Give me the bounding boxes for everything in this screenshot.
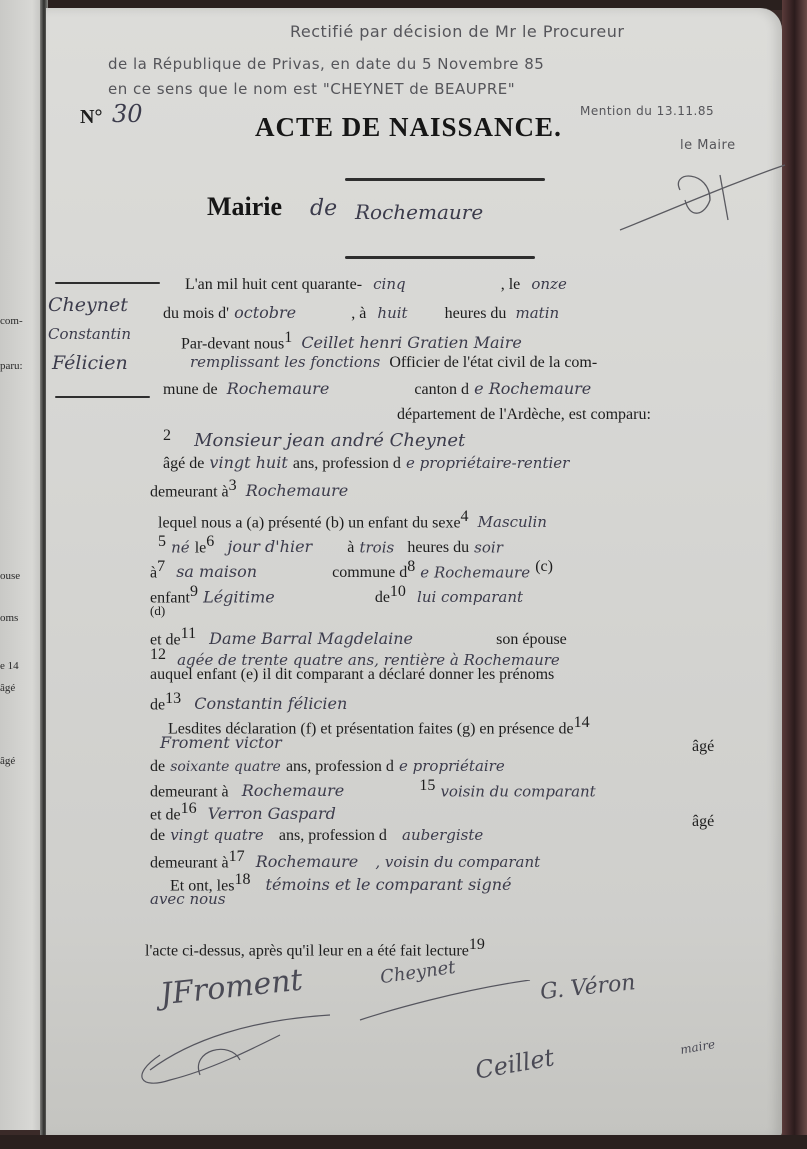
annotation-line-3: en ce sens que le nom est "CHEYNET de BE…	[108, 80, 515, 98]
margin-rule-top	[55, 282, 160, 284]
line-department: département de l'Ardèche, est comparu:	[397, 406, 651, 424]
line-witness-2-residence: demeurant à17 Rochemaure , voisin du com…	[150, 848, 540, 872]
line-legitimacy: enfant9 Légitime de10 lui comparant	[150, 583, 523, 607]
left-fragment: oms	[0, 612, 18, 624]
left-fragment: âgé	[0, 755, 15, 767]
annotation-line-4: Mention du 13.11.85	[580, 104, 714, 118]
mairie-prefix: de	[310, 196, 337, 221]
record-number-label: N°	[80, 106, 102, 129]
line-reading: l'acte ci-dessus, après qu'il leur en a …	[145, 936, 485, 960]
line-year: L'an mil huit cent quarante- cinq , le o…	[185, 274, 567, 294]
line-with-us: avec nous	[150, 890, 226, 908]
line-witness-1-residence: demeurant à Rochemaure 15 voisin du comp…	[150, 777, 596, 801]
mairie-rule	[345, 256, 535, 259]
line-witness-1-age: de soixante quatre ans, profession d e p…	[150, 756, 710, 776]
line-declarant: 2 Monsieur jean andré Cheynet	[163, 427, 465, 451]
line-functions: remplissant les fonctions Officier de l'…	[190, 352, 597, 372]
line-birth-time: 5 né le6 jour d'hier à trois heures du s…	[158, 533, 503, 557]
left-fragment: e 14	[0, 660, 19, 672]
mayor-initials-signature	[610, 160, 790, 240]
line-birth-place: à7 sa maison commune d8 e Rochemaure (c)	[150, 558, 553, 582]
margin-given-name-2: Félicien	[52, 352, 128, 374]
left-fragment: âgé	[0, 682, 15, 694]
mairie-place: Rochemaure	[355, 200, 483, 224]
line-child-sex: lequel nous a (a) présenté (b) un enfant…	[158, 508, 547, 532]
left-fragment: ouse	[0, 570, 20, 582]
line-declarant-age: âgé de vingt huit ans, profession d e pr…	[163, 453, 569, 473]
margin-surname: Cheynet	[48, 294, 128, 316]
book-bottom-edge	[0, 1135, 807, 1149]
line-month: du mois d' octobre , à huit heures du ma…	[163, 303, 559, 323]
line-commune: mune de Rochemaure canton d e Rochemaure	[163, 379, 591, 399]
record-number-value: 30	[112, 100, 143, 128]
note-d: (d)	[150, 603, 165, 619]
witness-1-name: Froment victor	[160, 733, 282, 752]
left-fragment: paru:	[0, 360, 23, 372]
annotation-line-2: de la République de Privas, en date du 5…	[108, 55, 544, 73]
annotation-line-5: le Maire	[680, 138, 736, 153]
line-witness-2: et de16 Verron Gaspard	[150, 800, 336, 824]
line-prenoms: auquel enfant (e) il dit comparant a déc…	[150, 666, 554, 684]
page-title: ACTE DE NAISSANCE.	[255, 112, 562, 143]
left-fragment: com-	[0, 315, 23, 327]
margin-rule-bottom	[55, 396, 150, 398]
line-declarant-residence: demeurant à3 Rochemaure	[150, 477, 348, 501]
annotation-line-1: Rectifié par décision de Mr le Procureur	[290, 22, 624, 41]
line-child-names: de13 Constantin félicien	[150, 690, 347, 714]
line-officer: Par-devant nous1 Ceillet henri Gratien M…	[181, 329, 522, 353]
title-rule	[345, 178, 545, 181]
line-witness-2-age: de vingt quatre ans, profession d auberg…	[150, 825, 710, 845]
mairie-label: Mairie	[207, 192, 282, 222]
signature-flourish	[130, 980, 550, 1090]
margin-given-name-1: Constantin	[48, 325, 131, 343]
